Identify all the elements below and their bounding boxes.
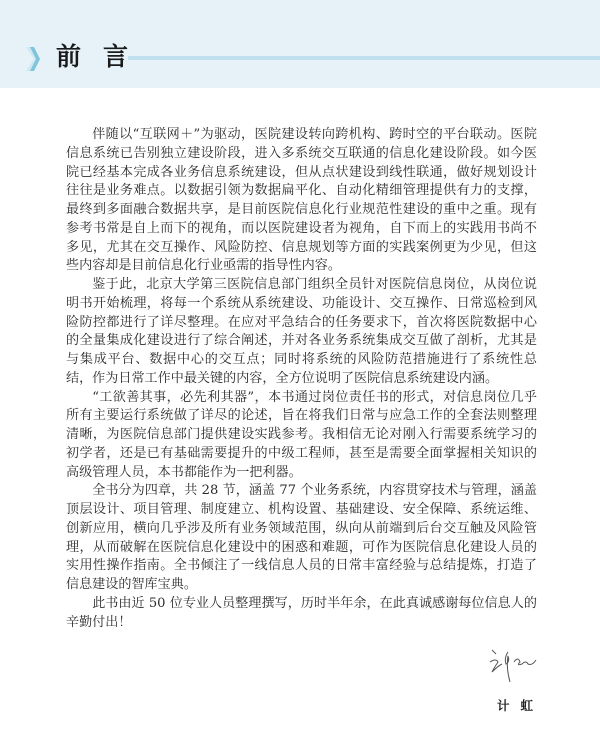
handwritten-signature-icon xyxy=(488,648,548,688)
paragraph-5: 此书由近 50 位专业人员整理撰写，历时半年余，在此真诚感谢每位信息人的辛勤付出… xyxy=(66,595,537,633)
paragraph-2: 鉴于此，北京大学第三医院信息部门组织全员针对医院信息岗位，从岗位说明书开始梳理，… xyxy=(66,276,537,389)
paragraph-4: 全书分为四章，共 28 节，涵盖 77 个业务系统，内容贯穿技术与管理，涵盖顶层… xyxy=(66,482,537,595)
header-band: 前言 xyxy=(0,0,600,88)
paragraph-1: 伴随以“互联网＋”为驱动，医院建设转向跨机构、跨时空的平台联动。医院信息系统已告… xyxy=(66,126,537,276)
paragraph-3: “工欲善其事，必先利其器”，本书通过岗位责任书的形式，对信息岗位几乎所有主要运行… xyxy=(66,389,537,483)
author-name: 计虹 xyxy=(497,696,544,714)
preface-body: 伴随以“互联网＋”为驱动，医院建设转向跨机构、跨时空的平台联动。医院信息系统已告… xyxy=(66,126,537,632)
chevron-right-icon xyxy=(26,47,40,71)
title-divider xyxy=(128,56,600,60)
